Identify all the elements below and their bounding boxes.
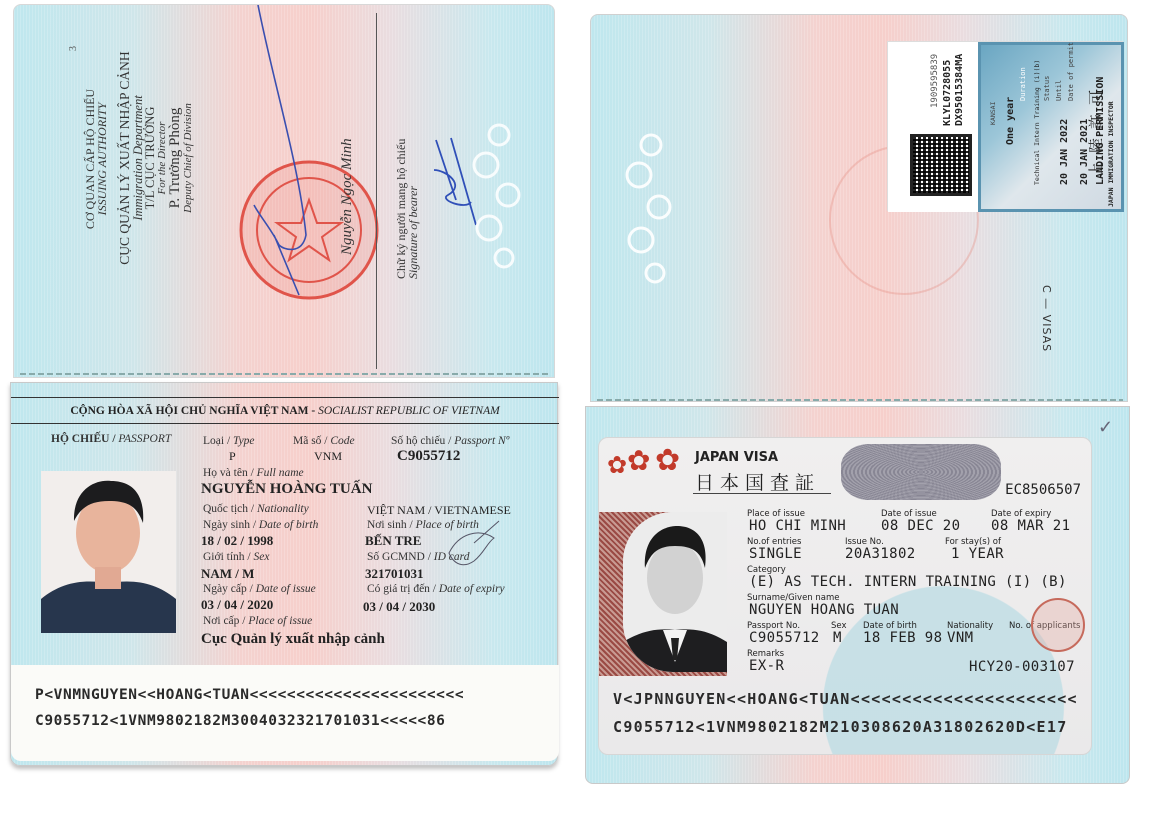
full-name-label-vi: Họ và tên / bbox=[203, 467, 257, 479]
sex-label-en: Sex bbox=[254, 551, 270, 563]
place-of-issue: Cục Quản lý xuất nhập cảnh bbox=[201, 631, 385, 648]
until-label: Until bbox=[1055, 80, 1063, 101]
cherry-blossom-icon: ✿ bbox=[607, 454, 627, 478]
bearer-photo bbox=[41, 471, 176, 633]
place-of-birth: BẾN TRE bbox=[365, 533, 421, 549]
country-header: CỘNG HÒA XÃ HỘI CHỦ NGHĨA VIỆT NAM - SOC… bbox=[11, 405, 559, 417]
number-of-entries: SINGLE bbox=[749, 547, 802, 561]
date-of-expiry-label: Có giá trị đến / Date of expiry bbox=[367, 583, 505, 595]
nationality-label: Quốc tịch / Nationality bbox=[203, 503, 309, 515]
date-of-issue: 08 DEC 20 bbox=[881, 519, 960, 533]
full-name: NGUYỄN HOÀNG TUẤN bbox=[201, 481, 372, 498]
hologram-seal bbox=[841, 444, 1001, 500]
signature-divider bbox=[376, 13, 377, 369]
bearer-signature-block: Chữ ký người mang hộ chiếu Signature of … bbox=[395, 89, 419, 279]
mrz-line-2: C9055712<1VNM9802182M3004032321701031<<<… bbox=[35, 713, 446, 729]
fold-line bbox=[20, 373, 550, 375]
passport-no-label-vi: Số hộ chiếu / bbox=[391, 435, 454, 447]
officer-title-vi: P. Trưởng Phòng bbox=[168, 13, 183, 303]
fold-line bbox=[597, 399, 1123, 401]
date-of-birth: 18 FEB 98 bbox=[863, 631, 942, 645]
issuing-authority-block: CƠ QUAN CẤP HỘ CHIẾU ISSUING AUTHORITY bbox=[84, 49, 108, 269]
until-date: 20 JAN 2022 bbox=[1059, 119, 1070, 185]
country-header-vi: CỘNG HÒA XÃ HỘI CHỦ NGHĨA VIỆT NAM - bbox=[70, 405, 318, 417]
visa-passport-pages: 1909595839 KLYL0728055 DX95015384MA JAPA… bbox=[585, 14, 1130, 784]
code-label: Mã số / Code bbox=[293, 435, 355, 447]
title-underline bbox=[693, 493, 831, 494]
bearer-signature-en: Signature of bearer bbox=[407, 89, 419, 279]
nationality-label-vi: Quốc tịch / bbox=[203, 503, 257, 515]
visa-mrz-line-1: V<JPNNGUYEN<<HOANG<TUAN<<<<<<<<<<<<<<<<<… bbox=[613, 690, 1078, 708]
cloud-ornament-icon bbox=[464, 110, 534, 280]
duration-value: One year bbox=[1005, 97, 1016, 145]
status-value: Technical Intern Training (i)(b) bbox=[1033, 60, 1041, 185]
checkmark-icon: ✓ bbox=[1098, 417, 1113, 438]
visa-category: (E) AS TECH. INTERN TRAINING (I) (B) bbox=[749, 575, 1067, 589]
passport-data-page: CỘNG HÒA XÃ HỘI CHỦ NGHĨA VIỆT NAM - SOC… bbox=[10, 382, 558, 766]
id-card-number: 321701031 bbox=[365, 566, 424, 582]
officer-title-en: Deputy Chief of Division bbox=[183, 13, 194, 303]
header-rule bbox=[11, 423, 559, 424]
issue-number: 20A31802 bbox=[845, 547, 916, 561]
landing-title-en: LANDING PERMISSION bbox=[1095, 77, 1106, 185]
full-name-label-en: Full name bbox=[257, 467, 304, 479]
mrz-zone: P<VNMNGUYEN<<HOANG<TUAN<<<<<<<<<<<<<<<<<… bbox=[11, 665, 559, 761]
ministry-seal-icon bbox=[1031, 598, 1085, 652]
landing-permission-stamp: JAPAN IMMIGRATION INSPECTOR 上 陸 許 可 LAND… bbox=[978, 42, 1124, 212]
passport-no-label: Số hộ chiếu / Passport Nº bbox=[391, 435, 509, 447]
issuing-authority-en: ISSUING AUTHORITY bbox=[96, 49, 108, 269]
id-card-label-vi: Số GCMND / bbox=[367, 551, 434, 563]
officer-signature-icon bbox=[244, 5, 334, 305]
sex-label-vi: Giới tính / bbox=[203, 551, 254, 563]
code-value: VNM bbox=[314, 449, 342, 464]
sticker-code-area: 1909595839 KLYL0728055 DX95015384MA bbox=[888, 42, 978, 212]
vietnam-passport: 3 CƠ QUAN CẤP HỘ CHIẾU ISSUING AUTHORITY… bbox=[10, 4, 558, 766]
for-director-en: For the Director bbox=[157, 13, 168, 303]
document-type-vi: HỘ CHIẾU / bbox=[51, 433, 118, 445]
date-of-issue-label: Ngày cấp / Date of issue bbox=[203, 583, 316, 595]
landing-permission-sticker: 1909595839 KLYL0728055 DX95015384MA JAPA… bbox=[887, 41, 1123, 211]
type-label: Loại / Type bbox=[203, 435, 255, 447]
passport-no-label-en: Passport Nº bbox=[454, 435, 509, 447]
date-of-permit: 20 JAN 2021 bbox=[1079, 119, 1090, 185]
dob-label-en: Date of birth bbox=[259, 519, 318, 531]
code-label-en: Code bbox=[330, 435, 354, 447]
port-of-entry: KANSAI bbox=[989, 102, 997, 125]
cherry-blossom-icon: ✿ bbox=[627, 448, 650, 476]
document-type-label: HỘ CHIẾU / PASSPORT bbox=[51, 433, 171, 445]
type-label-en: Type bbox=[233, 435, 255, 447]
country-header-en: SOCIALIST REPUBLIC OF VIETNAM bbox=[318, 405, 500, 417]
date-of-expiry: 08 MAR 21 bbox=[991, 519, 1070, 533]
inspector-header: JAPAN IMMIGRATION INSPECTOR bbox=[1107, 101, 1115, 207]
passport-number: C9055712 bbox=[749, 631, 820, 645]
visa-title-ja: 日本国査証 bbox=[695, 468, 820, 495]
full-name-label: Họ và tên / Full name bbox=[203, 467, 304, 479]
remarks: EX-R bbox=[749, 659, 784, 673]
date-of-issue-label-en: Date of issue bbox=[256, 583, 316, 595]
sticker-code-1: KLYL0728055 bbox=[942, 60, 953, 126]
place-of-issue-label-en: Place of issue bbox=[248, 615, 312, 627]
date-of-permit-label: Date of permit bbox=[1067, 42, 1075, 101]
sticker-serial: 1909595839 bbox=[930, 54, 940, 108]
for-director-vi: T/L CỤC TRƯỞNG bbox=[144, 13, 157, 303]
date-of-expiry-label-vi: Có giá trị đến / bbox=[367, 583, 439, 595]
place-of-issue: HO CHI MINH bbox=[749, 519, 846, 533]
date-of-expiry: 03 / 04 / 2030 bbox=[363, 599, 435, 615]
date-of-expiry-label-en: Date of expiry bbox=[439, 583, 505, 595]
person-portrait-icon bbox=[41, 471, 176, 633]
reference-code: HCY20-003107 bbox=[969, 660, 1075, 674]
cloud-ornament-icon bbox=[621, 125, 681, 295]
visa-number: EC8506507 bbox=[1005, 482, 1081, 498]
duration-label: Duration bbox=[1019, 67, 1027, 101]
document-type-en: PASSPORT bbox=[118, 433, 171, 445]
cherry-blossom-icon: ✿ bbox=[655, 446, 680, 476]
nationality-label-en: Nationality bbox=[257, 503, 309, 515]
sex: NAM / M bbox=[201, 566, 254, 582]
place-of-issue-label: Nơi cấp / Place of issue bbox=[203, 615, 312, 627]
period-of-stay: 1 YEAR bbox=[951, 547, 1004, 561]
status-label: Status bbox=[1043, 76, 1051, 101]
holder-name: NGUYEN HOANG TUAN bbox=[749, 603, 899, 617]
sticker-code-2: DX95015384MA bbox=[954, 54, 965, 126]
dob-label: Ngày sinh / Date of birth bbox=[203, 519, 318, 531]
nationality: VNM bbox=[947, 631, 974, 645]
officer-name: Nguyễn Ngọc Minh bbox=[339, 138, 356, 255]
observations-page: 3 CƠ QUAN CẤP HỘ CHIẾU ISSUING AUTHORITY… bbox=[13, 4, 555, 378]
page-number: 3 bbox=[68, 46, 79, 51]
date-of-issue-label-vi: Ngày cấp / bbox=[203, 583, 256, 595]
mrz-line-1: P<VNMNGUYEN<<HOANG<TUAN<<<<<<<<<<<<<<<<<… bbox=[35, 687, 464, 703]
sex: M bbox=[833, 631, 842, 645]
dob-label-vi: Ngày sinh / bbox=[203, 519, 259, 531]
type-label-vi: Loại / bbox=[203, 435, 233, 447]
date-of-birth: 18 / 02 / 1998 bbox=[201, 533, 273, 549]
header-rule bbox=[11, 397, 559, 398]
visa-title: JAPAN VISA bbox=[695, 450, 778, 465]
japan-visa-sticker: ✿ ✿ ✿ JAPAN VISA 日本国査証 EC8506507 Place o… bbox=[598, 437, 1092, 755]
department-block: CỤC QUẢN LÝ XUẤT NHẬP CẢNH Immigration D… bbox=[118, 13, 194, 303]
bearer-photo bbox=[623, 512, 727, 672]
code-label-vi: Mã số / bbox=[293, 435, 330, 447]
visas-page: 1909595839 KLYL0728055 DX95015384MA JAPA… bbox=[590, 14, 1128, 402]
visa-page: ✓ ✿ ✿ ✿ JAPAN VISA 日本国査証 EC8506507 bbox=[585, 406, 1130, 784]
dove-watermark-icon bbox=[439, 513, 509, 583]
visas-page-label: C — VISAS bbox=[1040, 285, 1053, 352]
department-vi: CỤC QUẢN LÝ XUẤT NHẬP CẢNH bbox=[118, 13, 132, 303]
qr-code-icon bbox=[910, 134, 972, 196]
type-value: P bbox=[229, 449, 236, 464]
passport-number: C9055712 bbox=[397, 448, 460, 465]
place-of-issue-label-vi: Nơi cấp / bbox=[203, 615, 248, 627]
date-of-issue: 03 / 04 / 2020 bbox=[201, 597, 273, 613]
person-portrait-icon bbox=[623, 512, 727, 672]
sex-label: Giới tính / Sex bbox=[203, 551, 269, 563]
pob-label-vi: Nơi sinh / bbox=[367, 519, 416, 531]
visa-mrz-line-2: C9055712<1VNM9802182M210308620A31802620D… bbox=[613, 718, 1068, 736]
